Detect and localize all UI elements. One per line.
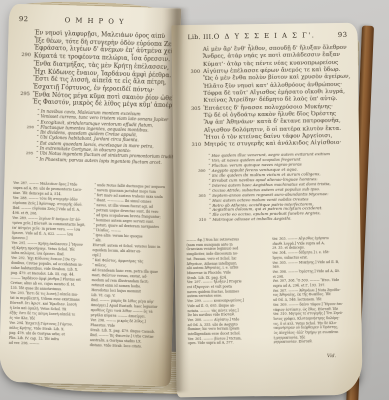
verse-number: 295 — [13, 90, 30, 98]
footnotes-left-col1: Ver. 287. ——— Μαλειάων ὄρος.] Videsupra … — [9, 181, 89, 348]
footnote-line: μητροκτονίαν. Εὐσταθ. — [273, 339, 353, 345]
footnote-line: opes. Vide supra ad Α, 377. — [188, 340, 268, 346]
footnotes-left: Ver. 287. ——— Μαλειάων ὄρος.] Videsupra … — [9, 181, 170, 350]
right-page-header: Lib. III. Ο Δ Υ Σ Σ Ε Ι Α Σ Γ'. 93 — [172, 31, 358, 44]
catchword: Vid. — [327, 354, 336, 359]
verse-number: 310 — [184, 142, 201, 150]
right-page: Lib. III. Ο Δ Υ Σ Σ Ε Ι Α Σ Γ'. 93 Αἱ μὲ… — [171, 23, 362, 398]
footnotes-right-col1: ——— ἄψ.] Non hic retroversus(nam eum nun… — [186, 237, 267, 346]
latin-translation-block-right: “ Hae quidem illuc venerunt, aegre autem… — [208, 152, 357, 223]
footnotes-right: ——— ἄψ.] Non hic retroversus(nam eum nun… — [186, 236, 352, 346]
greek-verse-block-right: Αἱ μὲν ἄρ' ἔνθ' ἦλθον, σπουδῇ δ' ἤλυξαν … — [203, 45, 352, 150]
running-title-right: Ο Δ Υ Σ Σ Ε Ι Α Σ Γ'. — [172, 31, 358, 42]
footnotes-left-col2: “ unde Notus fallit ductusque per aequor… — [90, 183, 170, 350]
verse-number: 305 — [184, 106, 201, 114]
footnotes-right-col2: Ver. 303. ——— Αἴγισθος ἐμήσατοοἴκοθι λυγ… — [272, 236, 353, 345]
verse-number: 290 — [14, 52, 31, 60]
footnote-line: distans. Vide Strab. loco citato. — [90, 343, 165, 350]
verse-text: “ Matrisque odiosae et imbellis Aegisthi… — [209, 216, 292, 222]
running-title-left: Ο Μ Η Ρ Ο Υ — [9, 15, 181, 28]
verse-number: 300 — [183, 69, 200, 77]
verse-number: 300 — [192, 169, 205, 174]
left-page: 92 Ο Μ Η Ρ Ο Υ Ἐν νηυσὶ γλαφυρῇσι, Μαλει… — [0, 4, 181, 387]
latin-translation-block-left: “ In navibus cavis, Maleiarum montem exc… — [36, 108, 175, 165]
greek-verse-block-left: Ἐν νηυσὶ γλαφυρῇσι, Μαλειάων ὄρος αἰπὺἿξ… — [32, 29, 175, 110]
greek-verse-line: 310Μητρός τε στυγερῆς καὶ ἀνάλκιδος Αἰγί… — [204, 140, 352, 149]
verse-text: Μητρός τε στυγερῆς καὶ ἀνάλκιδος Αἰγίσθο… — [204, 140, 341, 148]
page-number-right: 93 — [338, 31, 348, 39]
verse-number: 290 — [21, 124, 34, 130]
left-page-header: 92 Ο Μ Η Ρ Ο Υ — [9, 15, 181, 30]
verse-number: 305 — [193, 193, 206, 198]
latin-translation-line: 310“ Matrisque odiosae et imbellis Aegis… — [209, 216, 357, 223]
book-photo: 92 Ο Μ Η Ρ Ο Υ Ἐν νηυσὶ γλαφυρῇσι, Μαλει… — [0, 0, 389, 400]
verse-number: 310 — [193, 218, 206, 223]
verse-number: 295 — [20, 150, 33, 156]
